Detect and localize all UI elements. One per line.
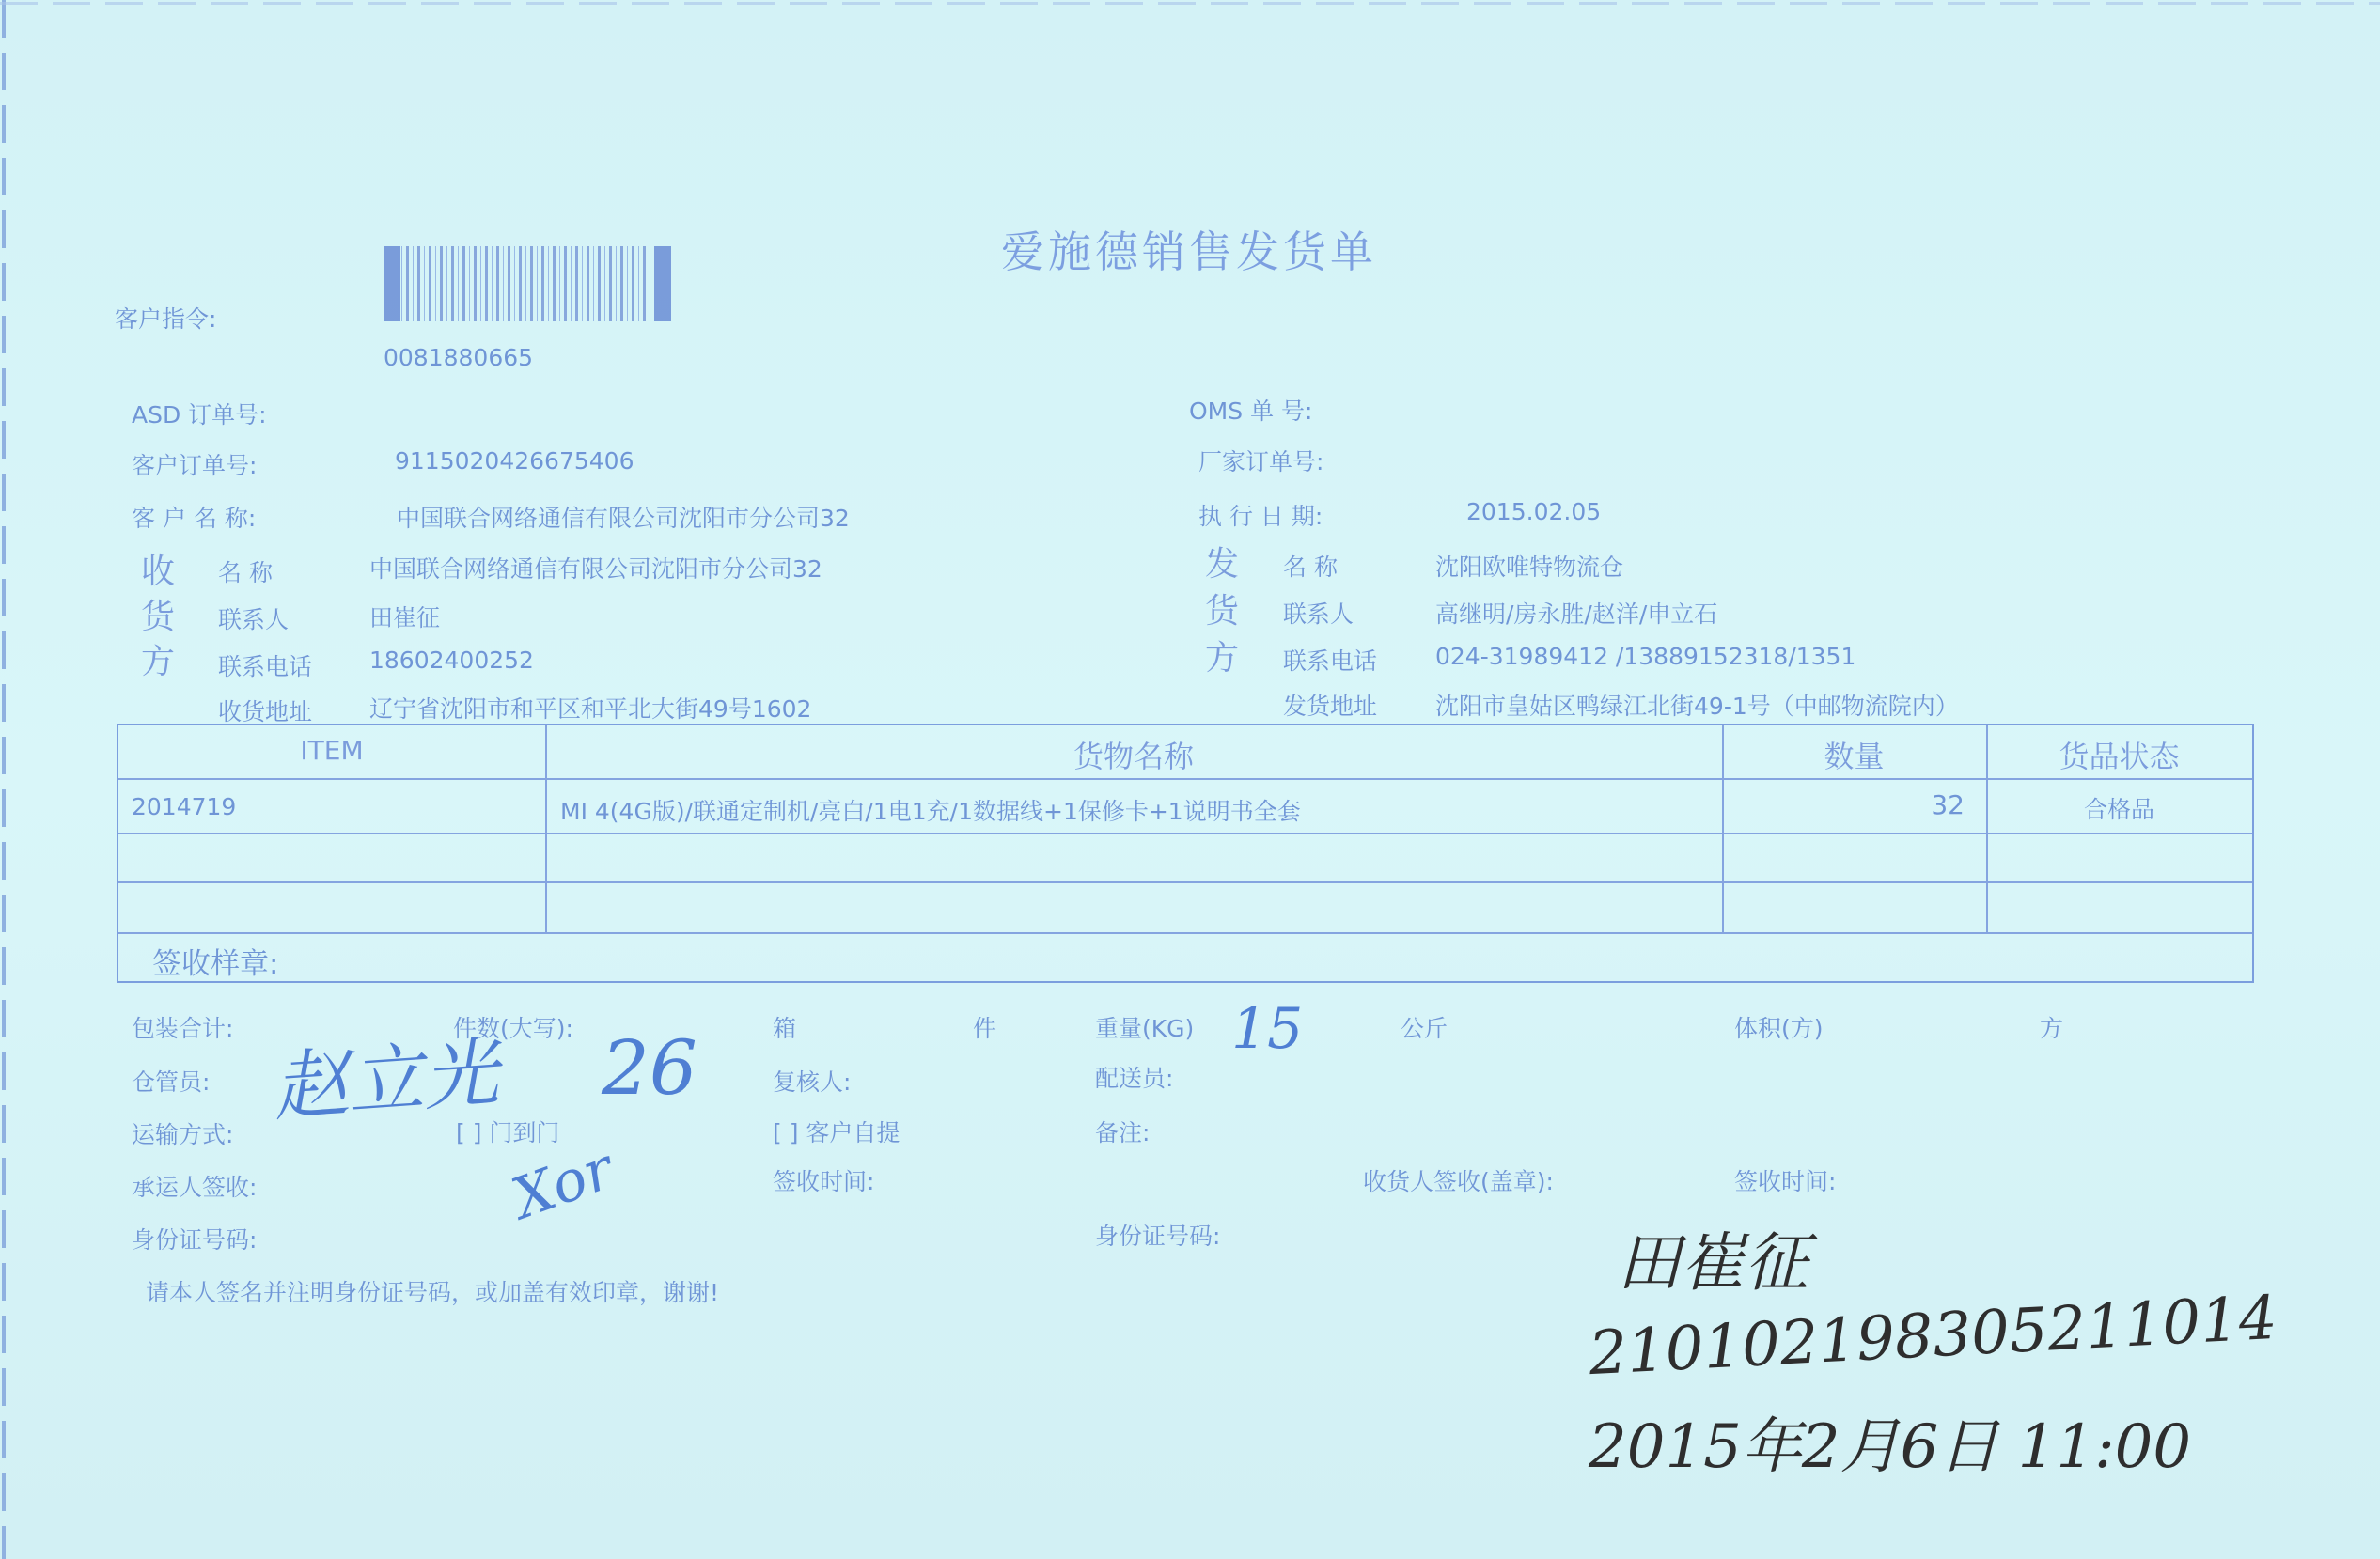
barcode-icon bbox=[384, 246, 671, 321]
shipper-phone-value: 024-31989412 /13889152318/1351 bbox=[1435, 643, 1855, 670]
sign-stamp-label: 签收样章: bbox=[152, 940, 278, 982]
exec-date-label: 执 行 日 期: bbox=[1198, 498, 1323, 532]
oms-number-label: OMS 单 号: bbox=[1189, 393, 1312, 427]
receiver-contact-label: 联系人 bbox=[218, 601, 289, 635]
receiver-address-value: 辽宁省沈阳市和平区和平北大街49号1602 bbox=[369, 691, 811, 725]
volume-unit-label: 方 bbox=[2040, 1010, 2063, 1044]
table-header-item: ITEM bbox=[118, 735, 545, 766]
customer-order-value: 9115020426675406 bbox=[395, 447, 634, 475]
receiver-name-label: 名 称 bbox=[218, 554, 273, 588]
package-total-label: 包装合计: bbox=[132, 1010, 233, 1044]
kg-unit-label: 公斤 bbox=[1401, 1010, 1448, 1044]
table-row-1-quantity: 32 bbox=[1722, 789, 1965, 820]
handwritten-warehouse-keeper: 赵立光 bbox=[269, 1012, 501, 1135]
self-pickup-checkbox[interactable]: [ ] 客户自提 bbox=[773, 1115, 900, 1148]
table-row-1-status: 合格品 bbox=[1986, 791, 2252, 825]
box-label: 箱 bbox=[773, 1010, 796, 1044]
piece-unit-label: 件 bbox=[973, 1010, 996, 1044]
customer-order-label: 客户订单号: bbox=[132, 447, 257, 481]
exec-date-value: 2015.02.05 bbox=[1466, 498, 1601, 525]
shipper-name-value: 沈阳欧唯特物流仓 bbox=[1435, 549, 1623, 583]
table-header-quantity: 数量 bbox=[1722, 733, 1986, 776]
consignee-sign-label: 收货人签收(盖章): bbox=[1363, 1163, 1554, 1197]
shipper-phone-label: 联系电话 bbox=[1283, 643, 1377, 677]
delivery-person-label: 配送员: bbox=[1095, 1060, 1173, 1094]
receiver-name-value: 中国联合网络通信有限公司沈阳市分公司32 bbox=[369, 551, 822, 585]
carrier-sign-label: 承运人签收: bbox=[132, 1169, 257, 1203]
handwritten-pieces: 26 bbox=[602, 1024, 697, 1112]
perforation-edge bbox=[2, 0, 6, 1559]
signature-notice: 请本人签名并注明身份证号码，或加盖有效印章，谢谢! bbox=[146, 1274, 719, 1308]
barcode-number: 0081880665 bbox=[384, 344, 533, 371]
carrier-sign-time-label: 签收时间: bbox=[773, 1163, 874, 1197]
table-header-goods-status: 货品状态 bbox=[1986, 733, 2252, 776]
receiver-address-label: 收货地址 bbox=[218, 694, 312, 727]
document-title: 爱施德销售发货单 bbox=[1001, 218, 1377, 280]
receiver-side-char-2: 货 bbox=[141, 590, 175, 638]
shipper-name-label: 名 称 bbox=[1283, 549, 1338, 583]
warehouse-keeper-label: 仓管员: bbox=[132, 1064, 210, 1098]
remark-label: 备注: bbox=[1095, 1115, 1150, 1148]
table-divider bbox=[118, 932, 2252, 934]
id-number-label-right: 身份证号码: bbox=[1095, 1218, 1220, 1252]
receiver-side-char-1: 收 bbox=[141, 545, 175, 593]
table-divider bbox=[118, 881, 2252, 883]
receiver-phone-label: 联系电话 bbox=[218, 648, 312, 682]
factory-order-label: 厂家订单号: bbox=[1198, 444, 1323, 477]
handwritten-weight: 15 bbox=[1231, 996, 1303, 1062]
consignee-sign-time-label: 签收时间: bbox=[1734, 1163, 1836, 1197]
volume-label: 体积(方) bbox=[1734, 1010, 1824, 1044]
receiver-phone-value: 18602400252 bbox=[369, 647, 534, 674]
shipper-side-char-3: 方 bbox=[1205, 631, 1239, 679]
reviewer-label: 复核人: bbox=[773, 1064, 851, 1098]
table-header-goods-name: 货物名称 bbox=[545, 733, 1722, 776]
shipper-contact-value: 高继明/房永胜/赵洋/申立石 bbox=[1435, 596, 1717, 630]
customer-name-label: 客 户 名 称: bbox=[132, 500, 256, 534]
handwritten-consignee-signature: 田崔征 bbox=[1617, 1212, 1808, 1303]
transport-method-label: 运输方式: bbox=[132, 1116, 233, 1150]
receiver-side-char-3: 方 bbox=[141, 635, 175, 683]
table-row-1-goods-name: MI 4(4G版)/联通定制机/亮白/1电1充/1数据线+1保修卡+1说明书全套 bbox=[560, 793, 1301, 827]
perforation-top bbox=[0, 2, 2380, 5]
table-divider bbox=[118, 778, 2252, 780]
shipper-contact-label: 联系人 bbox=[1283, 596, 1354, 630]
shipper-address-label: 发货地址 bbox=[1283, 688, 1377, 722]
asd-order-label: ASD 订单号: bbox=[132, 397, 267, 430]
table-row-1-item: 2014719 bbox=[132, 793, 236, 820]
handwritten-consignee-datetime: 2015年2月6日 11:00 bbox=[1589, 1398, 2191, 1485]
shipper-side-char-1: 发 bbox=[1205, 538, 1239, 585]
shipper-side-char-2: 货 bbox=[1205, 585, 1239, 632]
shipper-address-value: 沈阳市皇姑区鸭绿江北街49-1号（中邮物流院内） bbox=[1435, 688, 1959, 722]
goods-table: ITEM 货物名称 数量 货品状态 2014719 MI 4(4G版)/联通定制… bbox=[117, 724, 2254, 983]
table-divider bbox=[118, 833, 2252, 834]
customer-name-value: 中国联合网络通信有限公司沈阳市分公司32 bbox=[397, 500, 850, 534]
weight-label: 重量(KG) bbox=[1095, 1010, 1194, 1044]
id-number-label-left: 身份证号码: bbox=[132, 1222, 257, 1255]
receiver-contact-value: 田崔征 bbox=[369, 600, 440, 633]
customer-instruction-label: 客户指令: bbox=[115, 301, 216, 335]
